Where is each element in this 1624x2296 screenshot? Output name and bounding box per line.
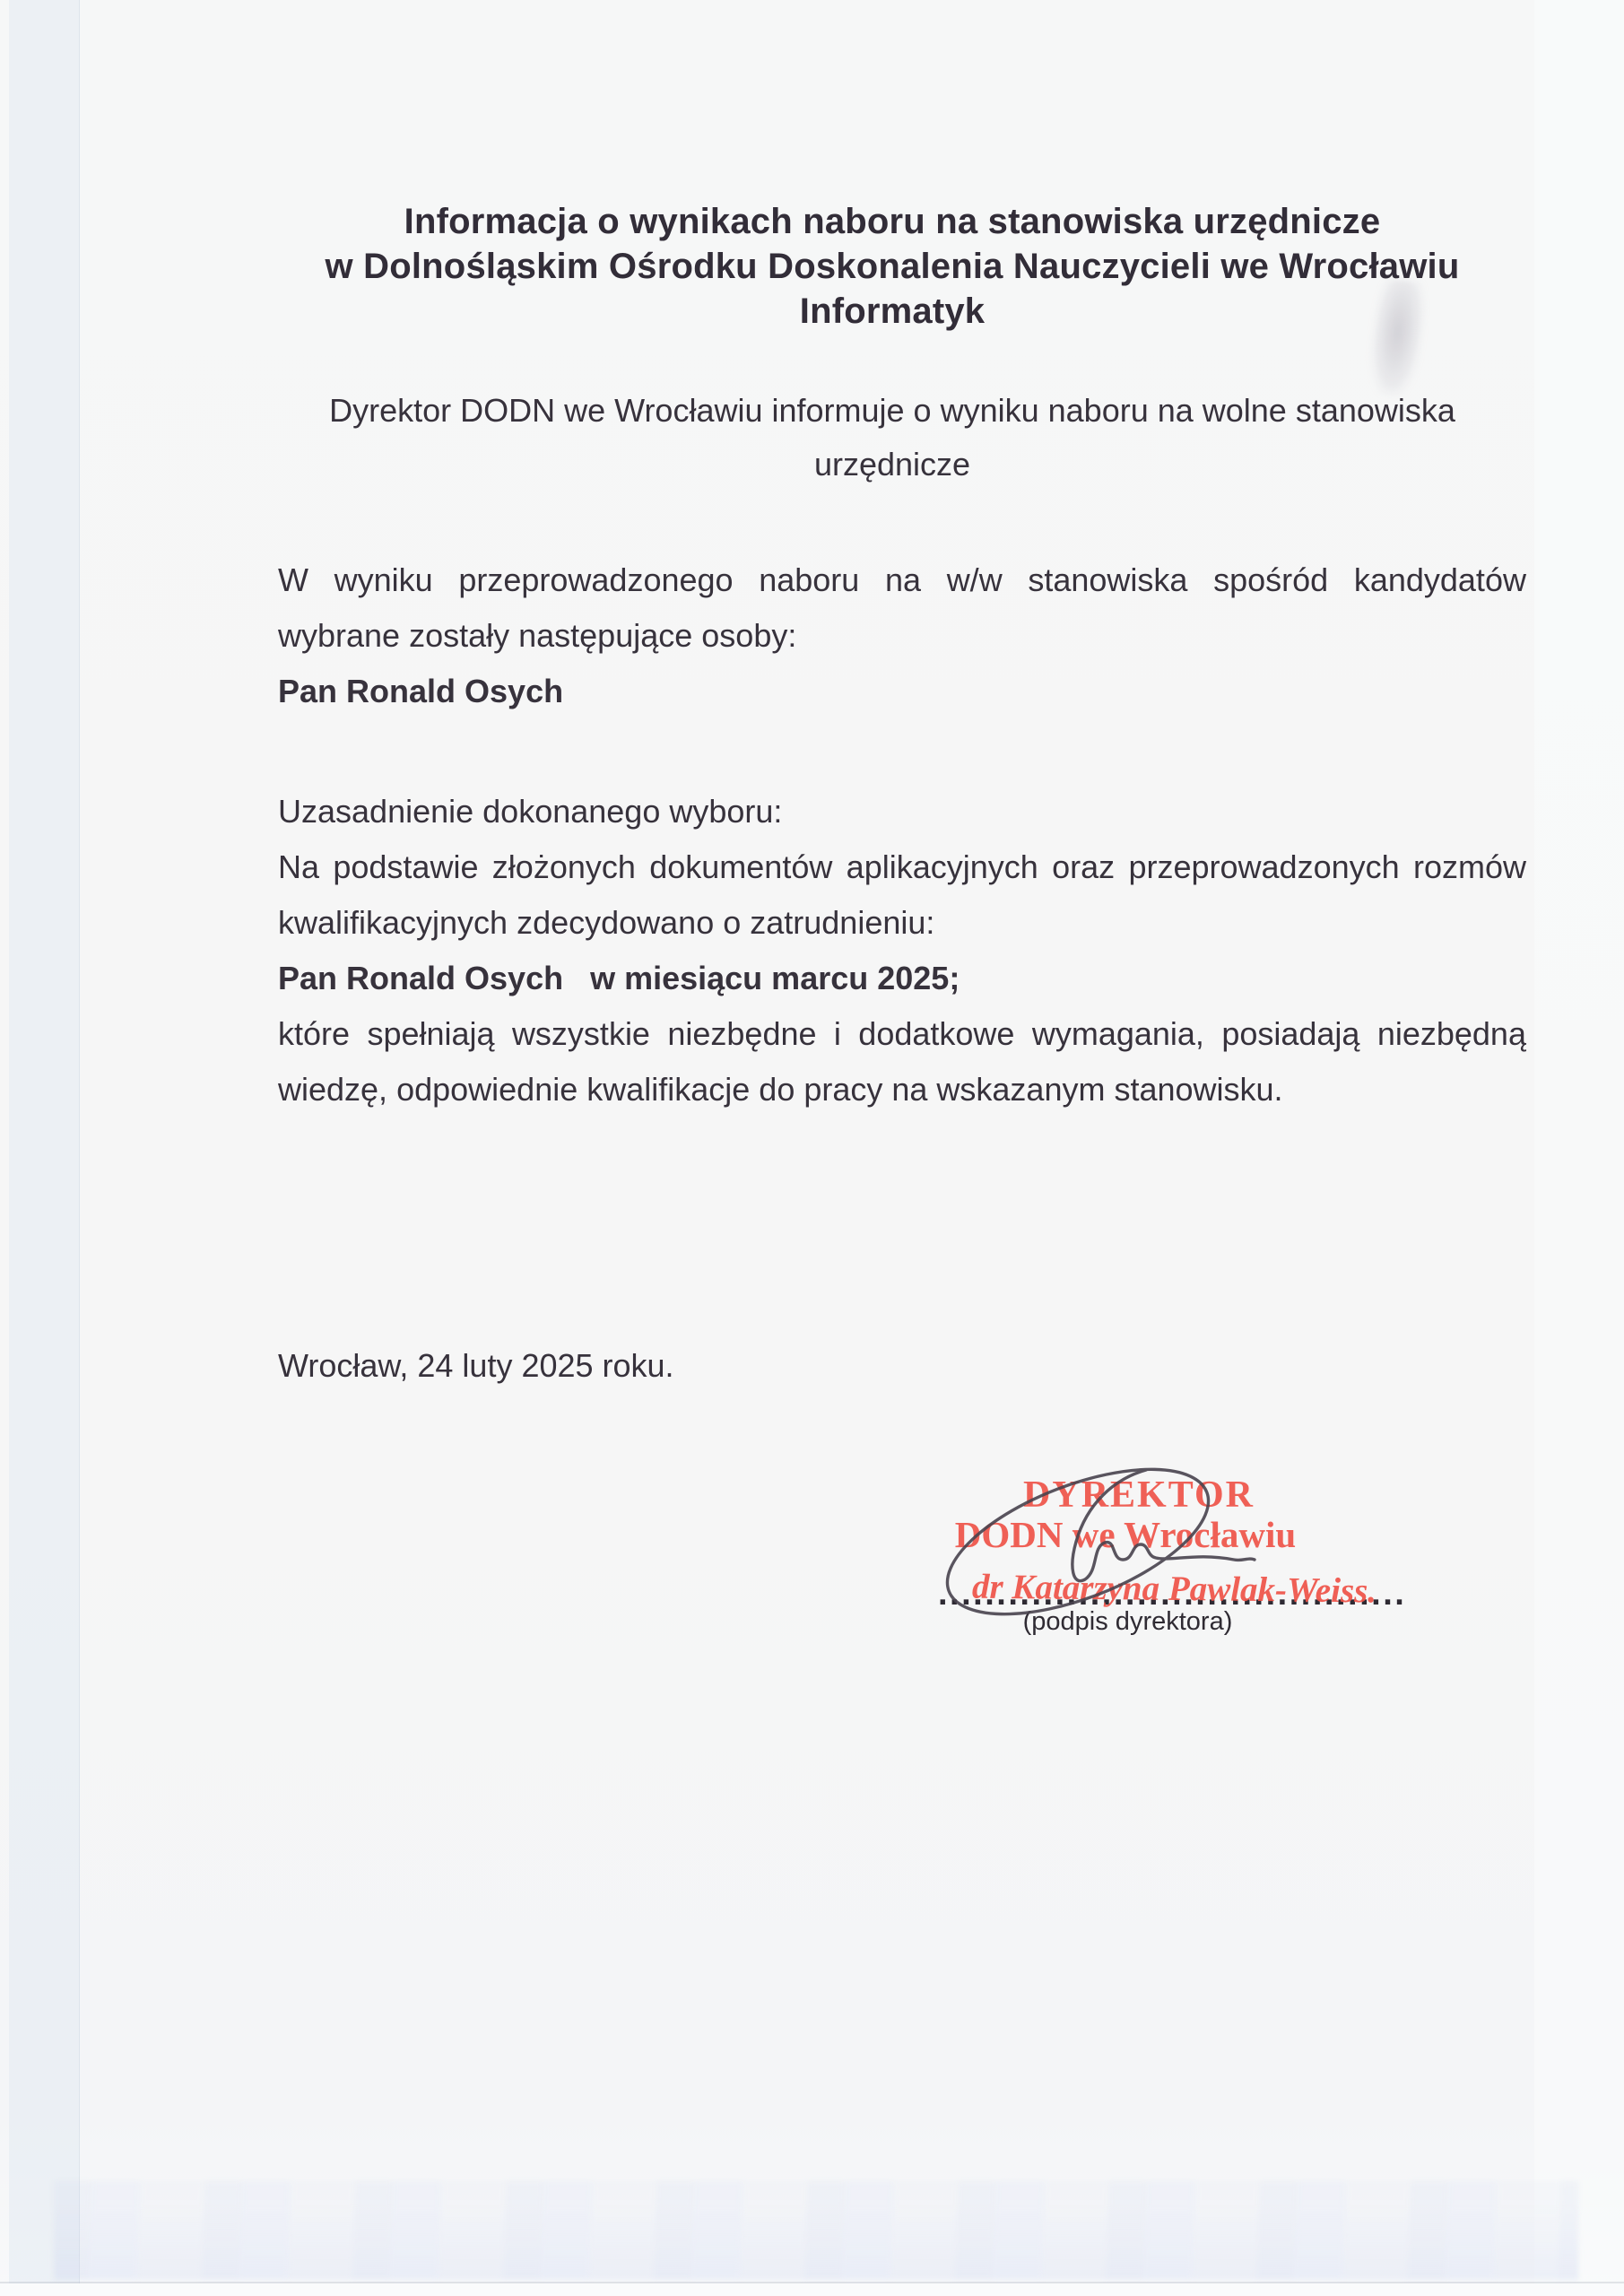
- text-line: Uzasadnienie dokonanego wyboru:: [278, 784, 1526, 839]
- text-line: Dyrektor DODN we Wrocławiu informuje o w…: [260, 384, 1524, 438]
- text-line: Wwynikuprzeprowadzonegonaborunaw/wstanow…: [278, 552, 1526, 608]
- text-line: Informatyk: [260, 289, 1524, 334]
- text-line: którespełniająwszystkieniezbędneidodatko…: [278, 1006, 1526, 1062]
- text-line: urzędnicze: [260, 438, 1524, 491]
- text-line: wiedzę, odpowiednie kwalifikacje do prac…: [278, 1062, 1526, 1118]
- text-line: kwalifikacyjnych zdecydowano o zatrudnie…: [278, 895, 1526, 951]
- handwritten-signature: [915, 1448, 1309, 1664]
- paragraph-selection-result: Wwynikuprzeprowadzonegonaborunaw/wstanow…: [278, 552, 1526, 719]
- scan-edge-strip-right: [1534, 0, 1624, 2296]
- scan-bottom-margin: [0, 2283, 1624, 2296]
- paragraph-justification: Uzasadnienie dokonanego wyboru:Napodstaw…: [278, 784, 1526, 1118]
- scan-edge-strip-left: [9, 0, 80, 2296]
- text-line: Pan Ronald Osych: [278, 664, 1526, 719]
- text-line: wybrane zostały następujące osoby:: [278, 608, 1526, 664]
- document-title: Informacja o wynikach naboru na stanowis…: [260, 199, 1524, 334]
- scanned-letter-page: Informacja o wynikach naboru na stanowis…: [0, 0, 1624, 2296]
- text-line: Pan Ronald Osych w miesiącu marcu 2025;: [278, 951, 1526, 1006]
- text-line: Informacja o wynikach naboru na stanowis…: [260, 199, 1524, 244]
- text-line: Napodstawiezłożonychdokumentówaplikacyjn…: [278, 839, 1526, 895]
- document-subtitle: Dyrektor DODN we Wrocławiu informuje o w…: [260, 384, 1524, 491]
- scan-noise-band: [54, 2181, 1578, 2280]
- text-line: w Dolnośląskim Ośrodku Doskonalenia Nauc…: [260, 244, 1524, 289]
- date-line: Wrocław, 24 luty 2025 roku.: [278, 1346, 674, 1386]
